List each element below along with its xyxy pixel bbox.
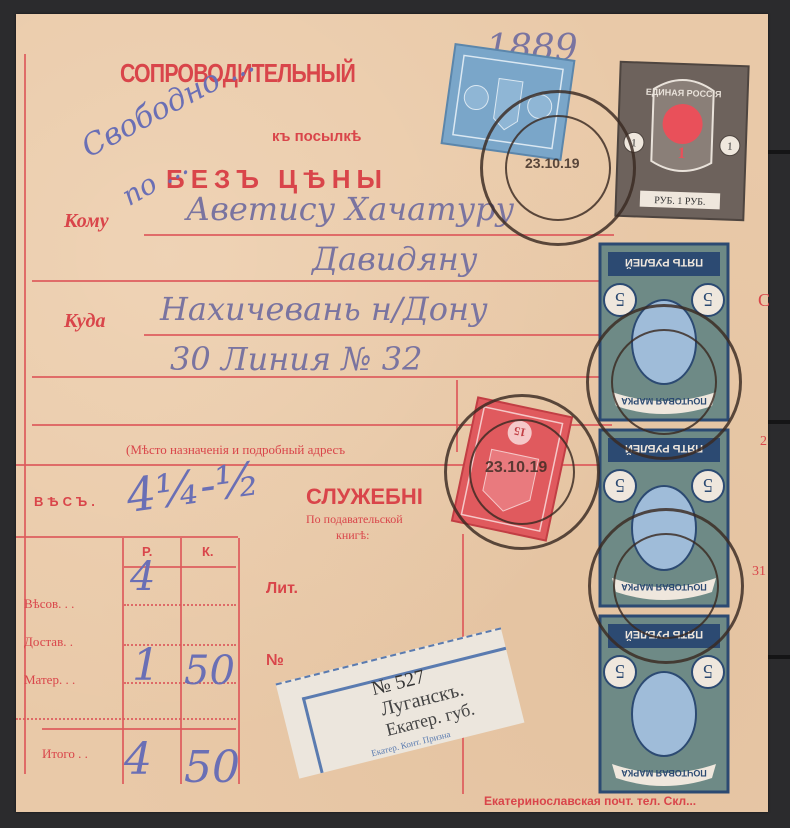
recipient-surname: Давидяну xyxy=(312,240,477,278)
postmark-lugansk-4 xyxy=(588,508,744,664)
fee-material-rub: 1 xyxy=(132,640,160,691)
svg-text:5: 5 xyxy=(615,474,625,496)
fee-label-total: Итого . . xyxy=(42,746,88,762)
weight-value: 4¼-½ xyxy=(123,451,263,523)
rule-line xyxy=(144,334,614,336)
lit-label: Лит. xyxy=(266,580,298,598)
svg-text:1: 1 xyxy=(677,145,686,162)
svg-text:1: 1 xyxy=(727,141,733,153)
edge-mark: С xyxy=(758,290,770,311)
destination-street: 30 Линия № 32 xyxy=(170,340,422,378)
rule-line xyxy=(32,280,612,282)
total-kop: 50 xyxy=(184,742,240,793)
svg-text:ПОЧТОВАЯ МАРКА: ПОЧТОВАЯ МАРКА xyxy=(621,768,707,778)
register-hint-2: книгѣ: xyxy=(336,528,369,543)
col-kop: К. xyxy=(202,544,214,559)
fee-label-material: Матер. . . xyxy=(24,672,75,688)
edge-mark: 31 xyxy=(752,564,766,580)
svg-text:ПЯТЬ РУБЛЕЙ: ПЯТЬ РУБЛЕЙ xyxy=(625,256,703,269)
destination-city: Нахичевань н/Дону xyxy=(160,290,488,328)
register-hint: По подавательской xyxy=(306,512,403,527)
svg-text:5: 5 xyxy=(615,288,625,310)
double-eagle-icon: ЕДИНАЯ РОССІЯ 1 1 1 РУБ. 1 РУБ. xyxy=(613,60,750,223)
to-label: Кому xyxy=(64,210,109,233)
margin-line xyxy=(24,54,26,774)
svg-text:РУБ. 1 РУБ.: РУБ. 1 РУБ. xyxy=(654,195,706,208)
postmark-lugansk: 23.10.19 xyxy=(480,90,636,246)
table-line xyxy=(180,538,182,784)
rule-line xyxy=(16,536,238,538)
handwritten-note-2: по ... xyxy=(116,149,194,213)
svg-text:5: 5 xyxy=(703,288,713,310)
recipient-name: Аветису Хачатуру xyxy=(186,190,514,228)
svg-text:5: 5 xyxy=(615,660,625,682)
number-label: № xyxy=(266,652,284,670)
svg-text:5: 5 xyxy=(703,474,713,496)
postmark-date: 23.10.19 xyxy=(525,155,580,171)
dotted-line xyxy=(16,718,236,720)
total-rub: 4 xyxy=(124,734,152,785)
postmark-lugansk-3 xyxy=(586,304,742,460)
where-label: Куда xyxy=(64,310,105,333)
edge-mark: 2 xyxy=(760,434,767,450)
svg-text:5: 5 xyxy=(703,660,713,682)
rule-line xyxy=(42,728,236,730)
card-subtitle: къ посылкѣ xyxy=(272,128,361,145)
weight-label: ВѢСЪ. xyxy=(34,494,99,509)
fee-label-weight: Вѣсов. . . xyxy=(24,596,74,612)
registration-label: № 527 Луганскъ. Екатер. губ. Екатер. Кон… xyxy=(276,627,525,778)
parcel-card: СОПРОВОДИТЕЛЬНЫЙ къ посылкѣ БЕЗЪ ЦѢНЫ Ко… xyxy=(16,14,768,812)
fee-material-kop: 50 xyxy=(184,648,235,694)
dotted-line xyxy=(124,604,236,606)
fee-weight-rub: 4 xyxy=(130,554,155,600)
postmark-lugansk-2: 23.10.19 xyxy=(444,394,600,550)
official-label: СЛУЖЕБНІ xyxy=(306,484,423,510)
fee-label-delivery: Достав. . xyxy=(24,634,73,650)
stamp-1-ruble: ЕДИНАЯ РОССІЯ 1 1 1 РУБ. 1 РУБ. xyxy=(613,60,750,223)
